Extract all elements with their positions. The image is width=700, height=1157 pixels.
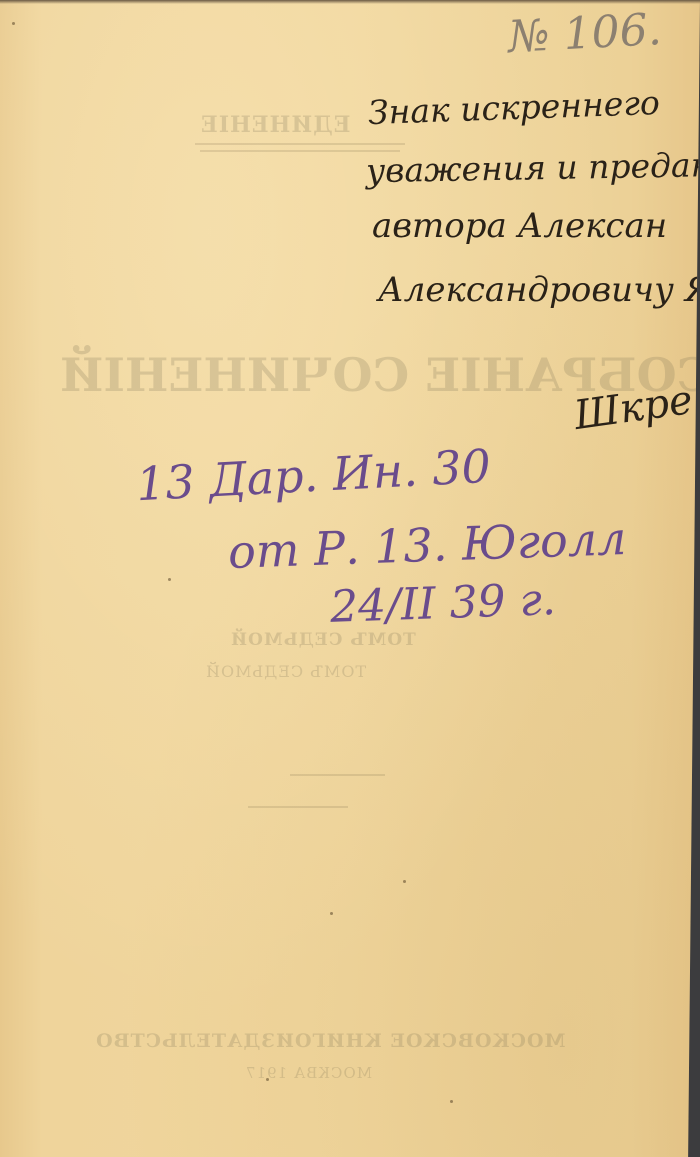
paper-speck bbox=[330, 912, 333, 915]
bleed-volume-line-2: ТОМЪ СЕДЬМОЙ bbox=[205, 662, 366, 681]
bleed-volume-line-1: ТОМЪ СЕДЬМОЙ bbox=[230, 630, 416, 650]
paper-speck bbox=[168, 578, 171, 581]
catalog-number: № 106. bbox=[507, 4, 663, 63]
paper-speck bbox=[403, 880, 406, 883]
page-top-edge bbox=[0, 0, 700, 4]
paper-speck bbox=[12, 22, 15, 25]
bleed-imprint-line-1: МОСКОВСКОЕ КНИГОИЗДАТЕЛЬСТВО bbox=[95, 1030, 566, 1052]
paper-speck bbox=[450, 1100, 453, 1103]
bleed-rule bbox=[290, 774, 385, 776]
dedication-line-2: уважения и преданн bbox=[366, 145, 700, 190]
dedication-line-3: автора Алексан bbox=[372, 206, 667, 246]
dedication-line-1: Знак искреннего bbox=[367, 83, 660, 132]
bleed-rule bbox=[248, 806, 348, 808]
library-note-line-3: 24/II 39 г. bbox=[329, 574, 556, 633]
bleed-imprint-line-2: МОСКВА 1917 bbox=[245, 1064, 372, 1082]
library-note-line-2: от Р. 13. Юголл bbox=[227, 511, 627, 579]
bleed-publisher-top: ЕДИНЕНІЕ bbox=[200, 112, 351, 138]
paper-speck bbox=[266, 1078, 269, 1081]
dedication-line-4: Александровичу Я bbox=[378, 270, 700, 310]
bleed-rule bbox=[195, 143, 405, 145]
library-note-line-1: 13 Дар. Ин. 30 bbox=[135, 439, 492, 511]
document-page: ЕДИНЕНІЕ СОБРАНІЕ СОЧИНЕНІЙ ТОМЪ СЕДЬМОЙ… bbox=[0, 0, 700, 1157]
